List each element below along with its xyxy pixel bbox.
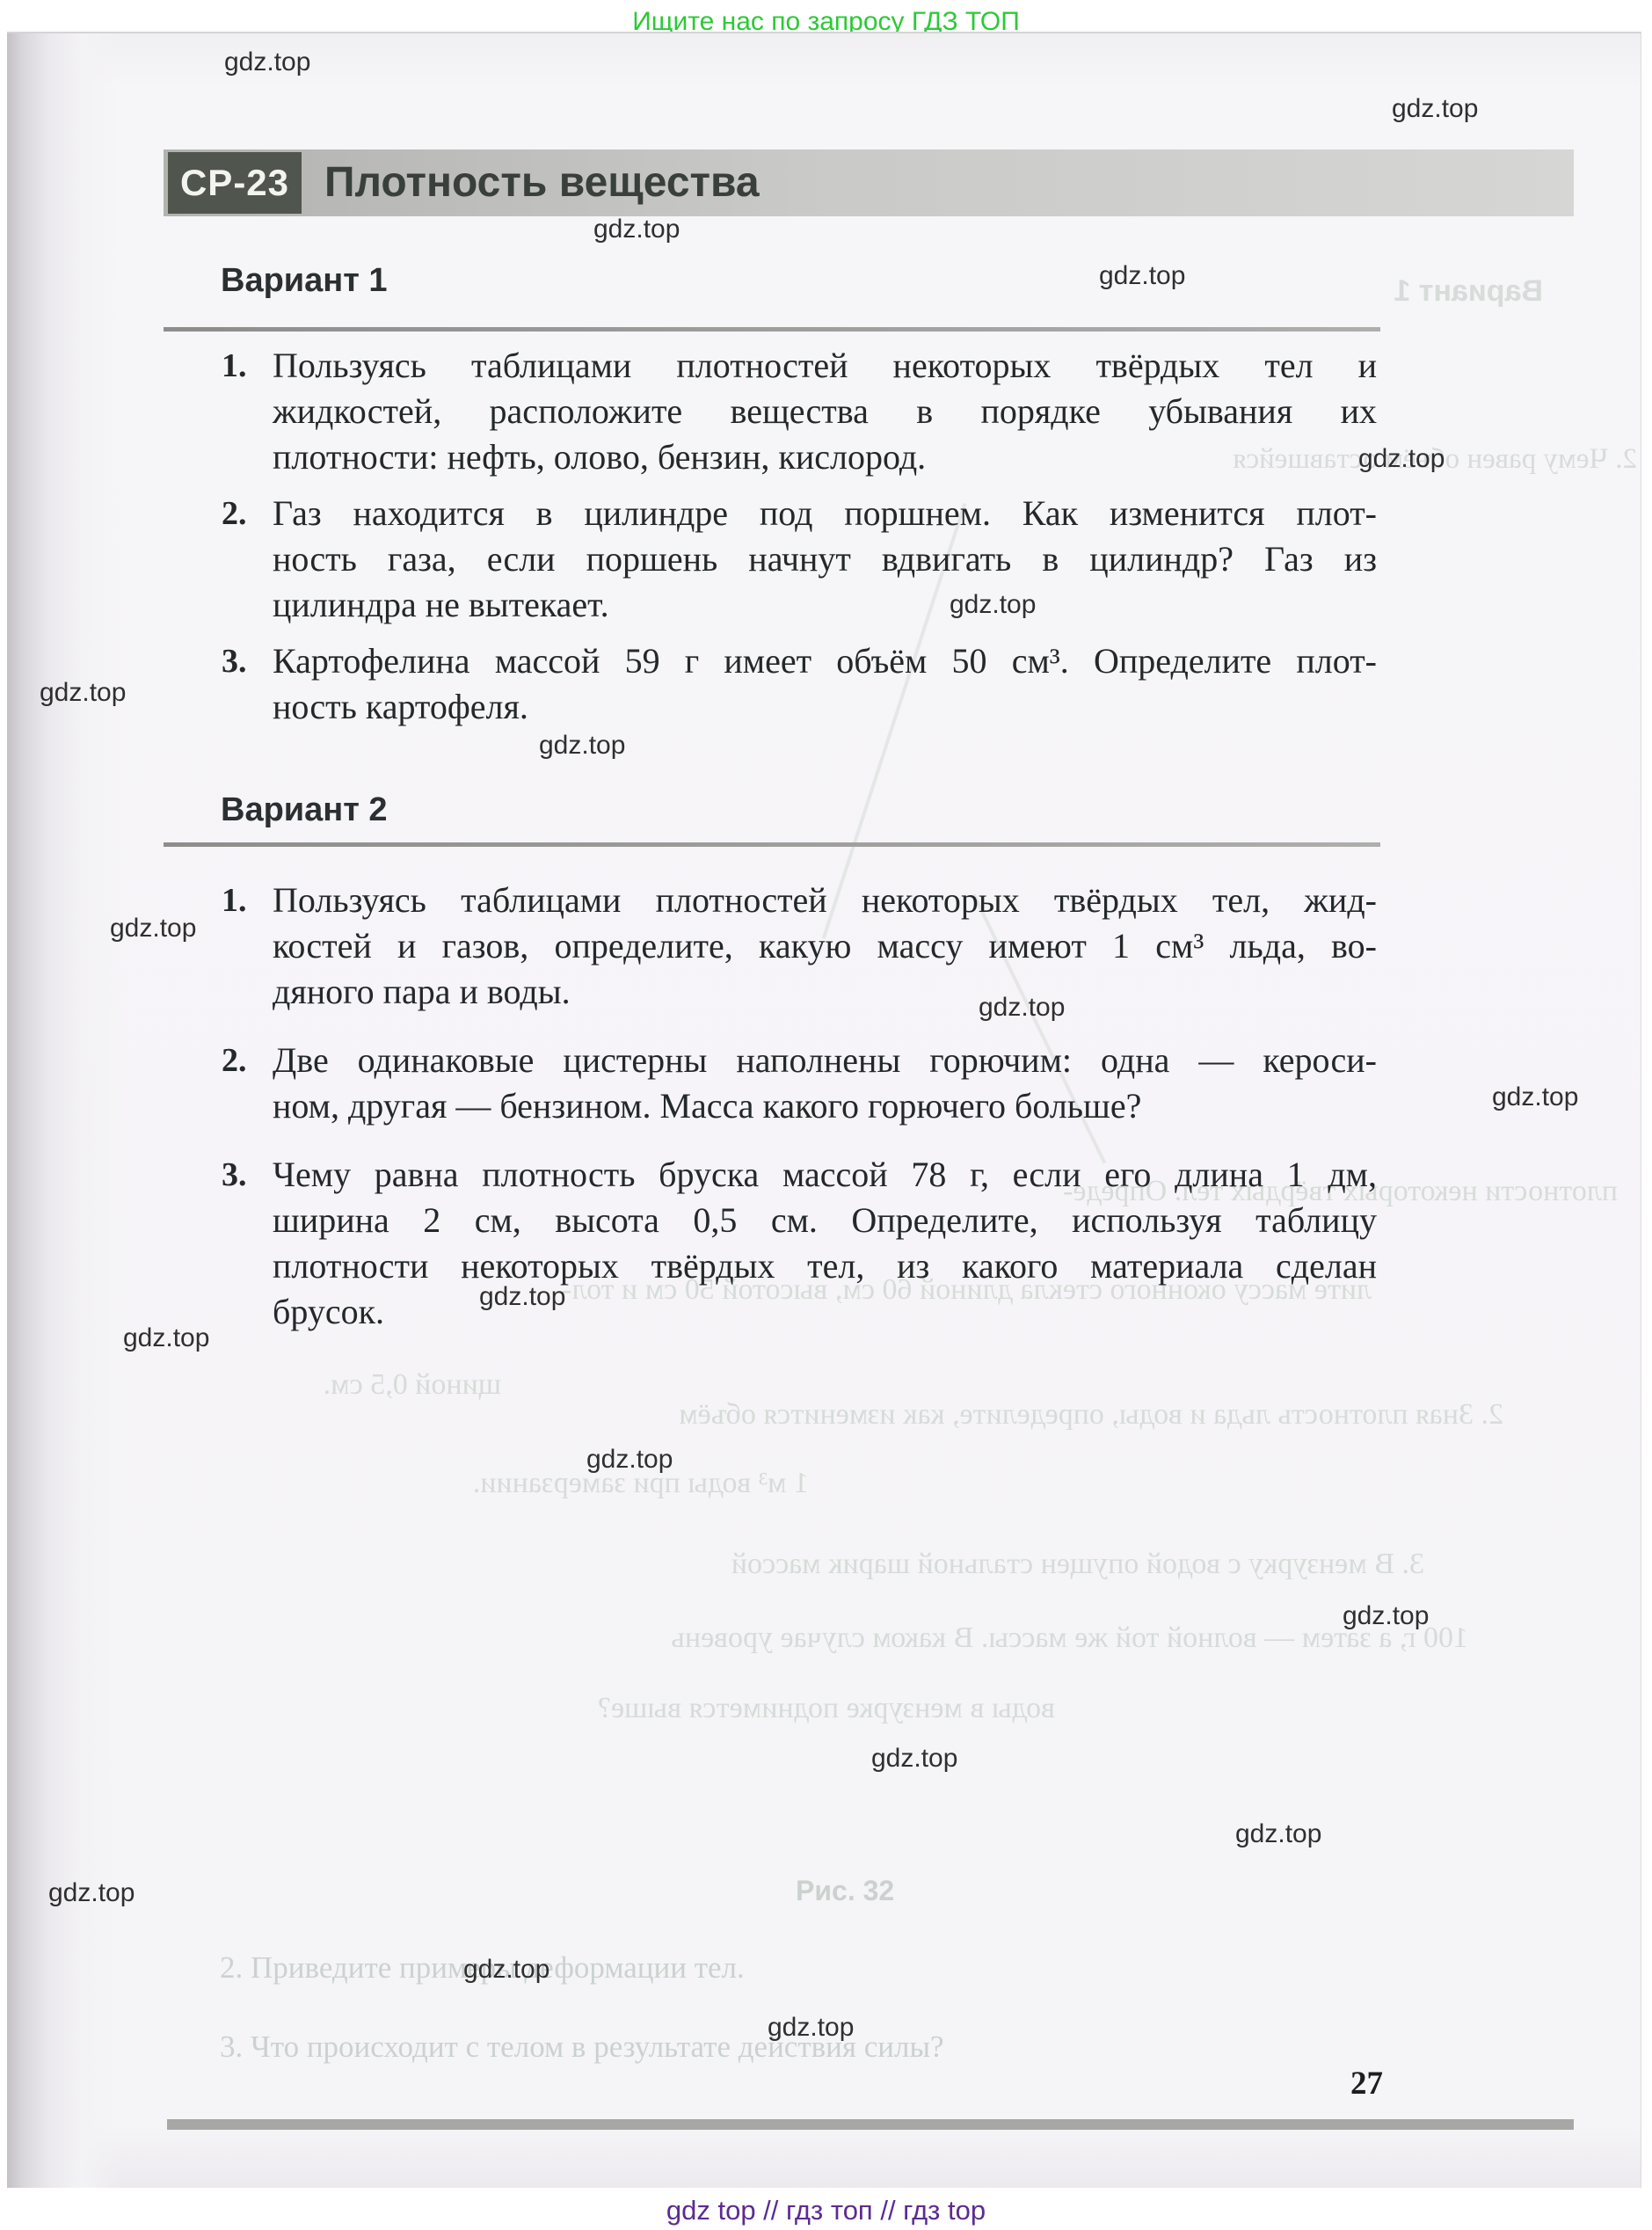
problem-number: 2. — [222, 491, 247, 536]
problem-text-line: Газ находится в цилиндре под поршнем. Ка… — [273, 491, 1377, 536]
problem-text-line: ность картофеля. — [273, 684, 1377, 730]
section-title: Плотность вещества — [324, 149, 760, 216]
problem-text: Картофелина массой 59 г имеет объём 50 с… — [273, 638, 1377, 730]
watermark-gdz-top: gdz.top — [1343, 1601, 1429, 1631]
watermark-gdz-top: gdz.top — [123, 1323, 209, 1353]
section-header-bar: СР-23 Плотность вещества — [164, 149, 1574, 216]
problem-text-line: Две одинаковые цистерны наполнены горючи… — [273, 1038, 1377, 1083]
bleedthrough-text: 3. В мензурку с водой опущен стальной ша… — [132, 1548, 1424, 1581]
problem-text: Чему равна плотность бруска массой 78 г,… — [273, 1152, 1377, 1335]
problem-number: 3. — [222, 1152, 247, 1198]
bleedthrough-text: 2. Приведите примеры деформации тел. — [220, 1950, 993, 1986]
bleedthrough-text: щиной 0,5 см. — [132, 1368, 501, 1402]
watermark-gdz-top: gdz.top — [586, 1445, 673, 1475]
watermark-gdz-top: gdz.top — [593, 215, 680, 244]
watermark-gdz-top: gdz.top — [1099, 261, 1185, 291]
watermark-gdz-top: gdz.top — [768, 2013, 854, 2043]
problem-text: Пользуясь таблицами плотностей некоторых… — [273, 878, 1377, 1015]
problem-text-line: цилиндра не вытекает. — [273, 582, 1377, 628]
problem-text-line: жидкостей, расположите вещества в порядк… — [273, 389, 1377, 434]
watermark-gdz-top: gdz.top — [40, 678, 126, 708]
problem-text-line: Пользуясь таблицами плотностей некоторых… — [273, 343, 1377, 389]
bleedthrough-text: Вариант 1 — [1341, 274, 1543, 309]
problem-text-line: брусок. — [273, 1289, 1377, 1335]
variant-2-rule — [164, 842, 1380, 847]
problem-text-line: ном, другая — бензином. Масса какого гор… — [273, 1083, 1377, 1129]
problem-item: 2. Газ находится в цилиндре под поршнем.… — [222, 491, 1377, 628]
problem-text: Газ находится в цилиндре под поршнем. Ка… — [273, 491, 1377, 628]
problem-item: 3. Чему равна плотность бруска массой 78… — [222, 1152, 1377, 1335]
bleedthrough-text: воды в мензурке поднимется выше? — [193, 1692, 1055, 1725]
problem-number: 2. — [222, 1038, 247, 1083]
watermark-gdz-top: gdz.top — [479, 1282, 565, 1312]
bleedthrough-text: Рис. 32 — [796, 1875, 972, 1907]
bleedthrough-text: 100 г, а затем — волной той же массы. В … — [193, 1621, 1468, 1655]
bottom-divider-bar — [167, 2119, 1574, 2130]
watermark-gdz-top: gdz.top — [1358, 444, 1445, 474]
watermark-gdz-top: gdz.top — [110, 914, 196, 944]
watermark-gdz-top: gdz.top — [1492, 1082, 1578, 1112]
problem-text-line: костей и газов, определите, какую массу … — [273, 923, 1377, 969]
problem-text-line: плотности: нефть, олово, бензин, кислоро… — [273, 434, 1377, 480]
watermark-gdz-top: gdz.top — [463, 1955, 549, 1985]
watermark-gdz-top: gdz.top — [539, 731, 625, 761]
problem-number: 1. — [222, 878, 247, 923]
footer-watermark-text: gdz top // гдз топ // гдз top — [0, 2195, 1652, 2226]
problem-item: 3. Картофелина массой 59 г имеет объём 5… — [222, 638, 1377, 730]
problem-text-line: ность газа, если поршень начнут вдвигать… — [273, 536, 1377, 582]
problem-number: 3. — [222, 638, 247, 684]
problem-item: 1. Пользуясь таблицами плотностей некото… — [222, 878, 1377, 1015]
watermark-gdz-top: gdz.top — [1235, 1819, 1321, 1849]
problem-text: Две одинаковые цистерны наполнены горючи… — [273, 1038, 1377, 1129]
watermark-gdz-top: gdz.top — [871, 1744, 957, 1774]
variant-1-heading: Вариант 1 — [221, 262, 388, 300]
watermark-gdz-top: gdz.top — [979, 993, 1065, 1023]
variant-2-heading: Вариант 2 — [221, 791, 388, 829]
problem-item: 1. Пользуясь таблицами плотностей некото… — [222, 343, 1377, 480]
scanned-workbook-page: Ищите нас по запросу ГДЗ ТОП СР-23 Плотн… — [0, 0, 1652, 2230]
problem-text: Пользуясь таблицами плотностей некоторых… — [273, 343, 1377, 480]
page-number: 27 — [1350, 2065, 1383, 2102]
watermark-gdz-top: gdz.top — [224, 47, 310, 77]
problem-text-line: Чему равна плотность бруска массой 78 г,… — [273, 1152, 1377, 1198]
problem-number: 1. — [222, 343, 247, 389]
problem-text-line: Пользуясь таблицами плотностей некоторых… — [273, 878, 1377, 923]
problem-text-line: дяного пара и воды. — [273, 969, 1377, 1015]
bleedthrough-text: 2. Зная плотность льда и воды, определит… — [132, 1398, 1503, 1432]
watermark-gdz-top: gdz.top — [48, 1878, 135, 1908]
section-code-badge: СР-23 — [168, 152, 302, 214]
watermark-gdz-top: gdz.top — [950, 590, 1036, 620]
problem-text-line: плотности некоторых твёрдых тел, из како… — [273, 1243, 1377, 1289]
problem-item: 2. Две одинаковые цистерны наполнены гор… — [222, 1038, 1377, 1129]
variant-1-rule — [164, 327, 1380, 332]
bleedthrough-text: 1 м³ воды при замерзании. — [193, 1467, 809, 1500]
watermark-gdz-top: gdz.top — [1392, 94, 1478, 124]
problem-text-line: ширина 2 см, высота 0,5 см. Определите, … — [273, 1198, 1377, 1243]
problem-text-line: Картофелина массой 59 г имеет объём 50 с… — [273, 638, 1377, 684]
